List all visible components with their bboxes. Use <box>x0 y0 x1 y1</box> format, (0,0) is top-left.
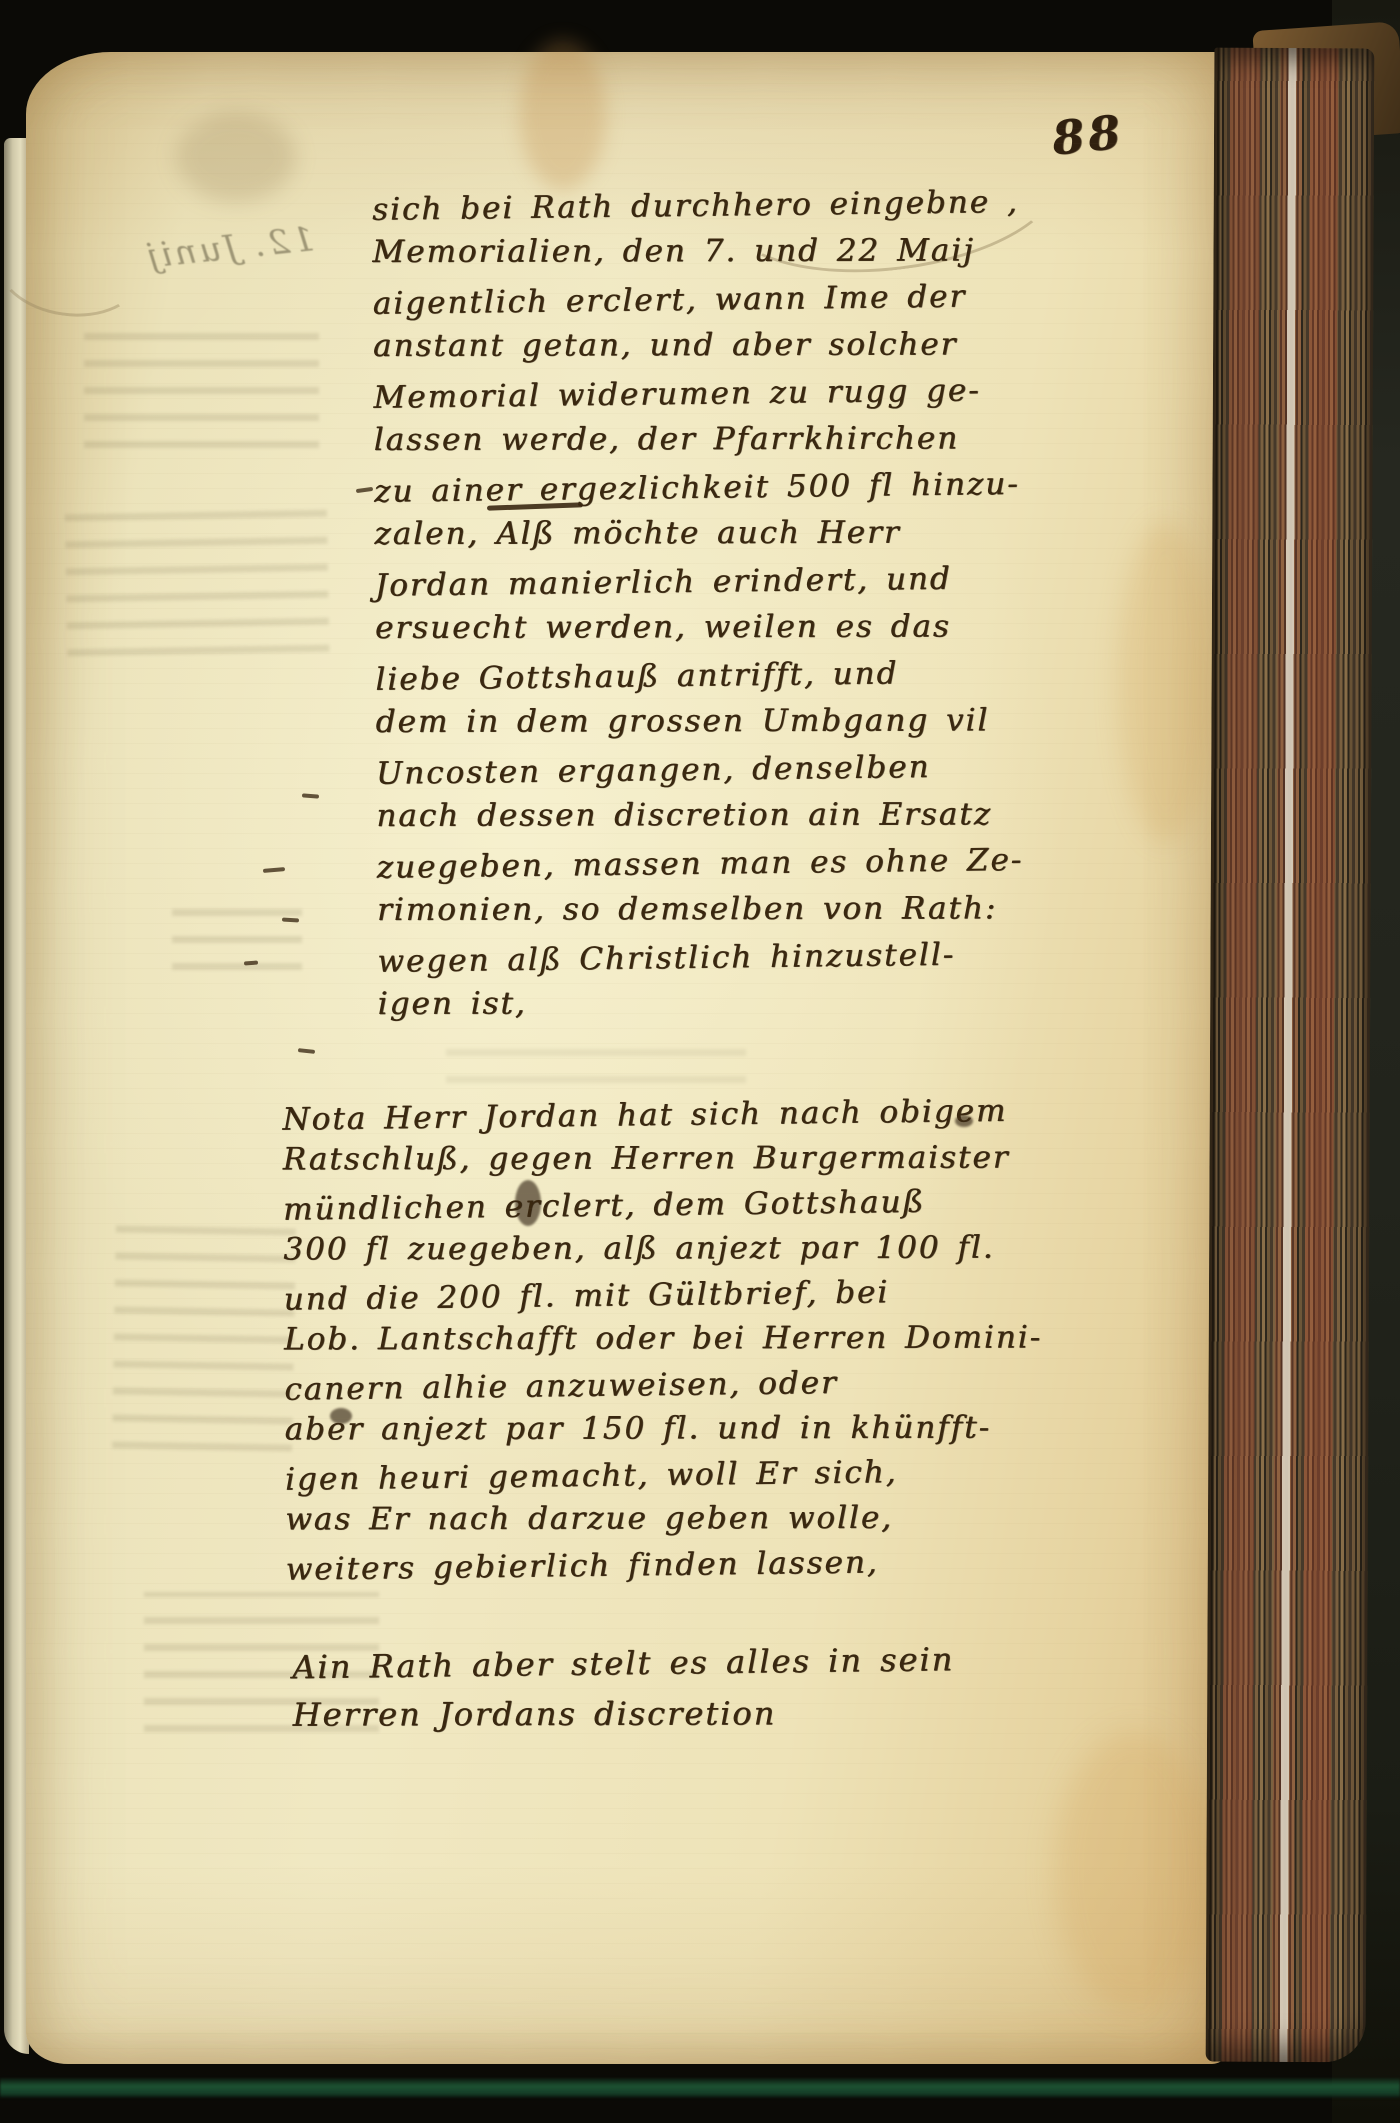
handwritten-line: zuegeben, massen man es ohne Ze- <box>376 835 1167 892</box>
table-green-strip <box>0 2078 1400 2098</box>
handwritten-line: sich bei Rath durchhero eingebne , <box>372 177 1163 234</box>
handwritten-line: anstant getan, und aber solcher <box>373 321 1163 370</box>
handwritten-line: canern alhie anzuweisen, oder <box>284 1357 1164 1413</box>
handwritten-line: Memorial widerumen zu rugg ge- <box>373 365 1164 422</box>
handwriting-layer: sich bei Rath durchhero eingebne , Memor… <box>19 48 1235 2068</box>
handwritten-line: Herren Jordans discretion <box>293 1687 1053 1741</box>
handwritten-line: liebe Gottshauß antrifft, und <box>375 647 1166 704</box>
handwritten-line: was Er nach darzue geben wolle, <box>285 1495 1165 1542</box>
handwritten-line: weiters gebierlich finden lassen, <box>285 1537 1165 1593</box>
handwritten-line: mündlichen erclert, dem Gottshauß <box>283 1177 1163 1233</box>
handwritten-line: zu ainer ergezlichkeit 500 fl hinzu- <box>374 459 1165 516</box>
handwritten-line: Ratschluß, gegen Herren Burgermaister <box>283 1135 1163 1182</box>
handwritten-line: aigentlich erclert, wann Ime der <box>372 271 1163 328</box>
book-fore-edge <box>1206 48 1375 2063</box>
paragraph-main: sich bei Rath durchhero eingebne , Memor… <box>372 178 1168 1029</box>
handwritten-line: igen heuri gemacht, woll Er sich, <box>285 1447 1165 1503</box>
handwritten-line: Lob. Lantschafft oder bei Herren Domini- <box>284 1315 1164 1362</box>
handwritten-line: Memorialien, den 7. und 22 Maij <box>372 227 1162 276</box>
handwritten-line: lassen werde, der Pfarrkhirchen <box>374 415 1164 464</box>
handwritten-line: dem in dem grossen Umbgang vil <box>376 697 1166 746</box>
handwritten-line: wegen alß Christlich hinzustell- <box>377 929 1168 986</box>
handwritten-line: zalen, Alß möchte auch Herr <box>374 509 1164 558</box>
handwritten-line: 300 fl zuegeben, alß anjezt par 100 fl. <box>283 1225 1163 1272</box>
handwritten-line: Jordan manierlich erindert, und <box>374 553 1165 610</box>
handwritten-line: aber anjezt par 150 fl. und in khünfft- <box>285 1405 1165 1452</box>
handwritten-line: Ain Rath aber stelt es alles in sein <box>292 1632 1053 1693</box>
handwritten-line: ersuecht werden, weilen es das <box>375 603 1165 652</box>
handwritten-line: und die 200 fl. mit Gültbrief, bei <box>283 1267 1163 1323</box>
handwritten-line: rimonien, so demselben von Rath: <box>377 885 1167 934</box>
handwritten-line: igen ist, <box>378 979 1168 1028</box>
handwritten-line: Uncosten ergangen, denselben <box>376 741 1167 798</box>
handwritten-line: nach dessen discretion ain Ersatz <box>376 791 1166 840</box>
handwritten-line: Nota Herr Jordan hat sich nach obigem <box>282 1087 1162 1143</box>
manuscript-page: 12. Junij 88 sich bei Rath durchhero ein… <box>26 52 1228 2064</box>
paragraph-closing: Ain Rath aber stelt es alles in sein Her… <box>292 1633 1053 1742</box>
paragraph-nota: Nota Herr Jordan hat sich nach obigem Ra… <box>282 1088 1165 1589</box>
